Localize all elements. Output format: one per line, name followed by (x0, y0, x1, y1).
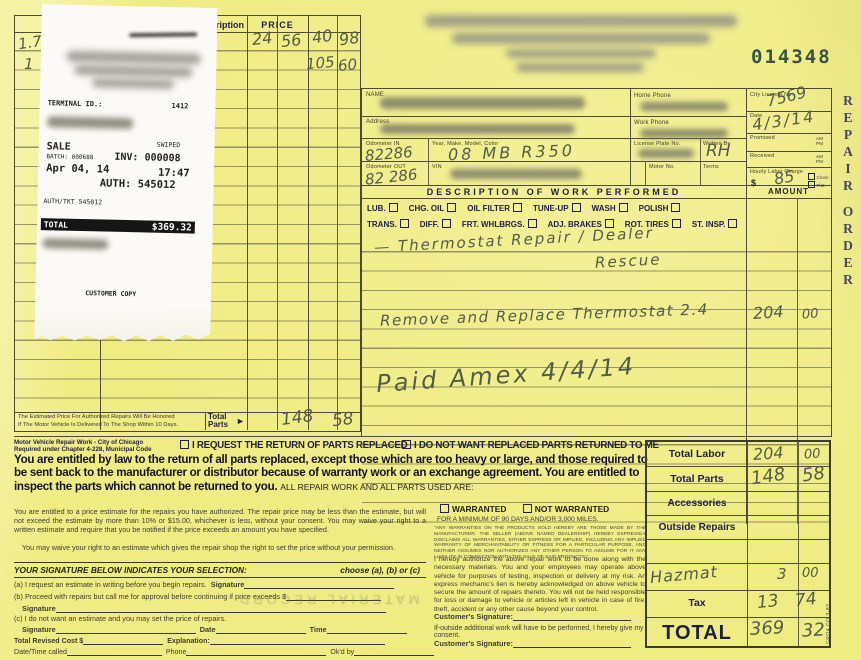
estimate-paragraph-1: You are entitled to a price estimate for… (14, 508, 426, 534)
receipt-sale: SALE (46, 141, 70, 153)
labor-cents: 00 (803, 446, 821, 462)
totals-table: Total Labor Total Parts Accessories Outs… (645, 440, 831, 648)
terminal-id-value: 1412 (171, 102, 188, 110)
receipt-merchant-blur2 (74, 65, 192, 78)
tax-cents: 74 (794, 589, 818, 611)
promised-label: Promised (750, 135, 775, 141)
receipt-total-label: TOTAL (44, 220, 68, 230)
received-label: Received (750, 153, 775, 159)
outside-consent-note: If-outside additional work will have to … (434, 625, 646, 639)
terms-label: Terms (703, 164, 719, 170)
option-c-signature: Signature Date Time (22, 625, 426, 634)
hourly-value: 85 (773, 166, 796, 188)
clock-checkbox: Clock (806, 173, 829, 180)
all-repair-note: ALL REPAIR WORK AND ALL PARTS USED ARE: (280, 482, 473, 492)
license-plate-label: License Plate No. (634, 141, 681, 147)
work-area-bottom-line (14, 436, 832, 437)
hazmat-cents: 00 (802, 566, 819, 581)
receipt-swiped: SWIPED (157, 141, 181, 150)
promised-ampm: AMPM (816, 136, 823, 146)
service-checkboxes-row2: TRANS. DIFF. FRT. WHLBRGS. ADJ. BRAKES R… (367, 219, 737, 229)
customer-signature-2: Customer's Signature: (434, 639, 646, 648)
request-return-checkbox: I REQUEST THE RETURN OF PARTS REPLACED (180, 440, 407, 451)
vin-label: VIN (432, 164, 442, 170)
motor-no-label: Motor No. (649, 164, 675, 170)
terminal-id-label: TERMINAL ID.: (48, 99, 103, 108)
receipt-time: 17:47 (158, 167, 190, 180)
amt-row2-cents: 60 (337, 55, 358, 75)
credit-card-receipt: TERMINAL ID.: 1412 SALE SWIPED BATCH: 00… (34, 4, 218, 346)
work-line2-amount-dollars: 204 (752, 302, 784, 323)
amt-row1-dollars: 40 (311, 26, 334, 48)
option-a: (a) I request an estimate in writing bef… (14, 580, 426, 589)
labor-dollars: 204 (752, 443, 784, 464)
parts-dollars: 148 (750, 464, 787, 490)
work-phone-label: Work Phone (634, 120, 669, 126)
vehicle-header-grid: NAME Home Phone City License No. 7569 Ad… (361, 88, 832, 437)
vin-blur (450, 169, 582, 179)
total-parts-label2: Total Parts (647, 473, 747, 485)
total-parts-cents: 58 (331, 409, 355, 431)
repair-order-tab: REPAIRORDER (837, 92, 859, 288)
price-row1-cents: 56 (280, 30, 302, 51)
receipt-merchant-blur (67, 51, 201, 65)
total-labor-label: Total Labor (647, 448, 747, 460)
customer-signature-1: Customer's Signature: (434, 612, 646, 621)
receipt-inv: INV: 000008 (114, 152, 180, 164)
option-c: (c) I do not want an estimate and you ma… (14, 614, 426, 623)
parts-cents: 58 (801, 463, 827, 487)
estimate-paragraph-2: You may waive your right to an estimate … (14, 544, 426, 553)
tax-dollars: 13 (756, 591, 780, 613)
minimum-note: FOR A MINIMUM OF 90 DAYS AND/OR 3,000 MI… (437, 516, 645, 523)
grand-total-label: TOTAL (647, 622, 747, 645)
receipt-card-blur (47, 116, 133, 129)
receipt-total-value: $369.32 (152, 222, 192, 234)
authorize-paragraph: I hereby authorize the above repair work… (434, 556, 646, 614)
written-by-value: RH (706, 141, 731, 161)
total-parts-label: Total Parts ► (208, 413, 228, 429)
city-license-value: 7569 (764, 82, 808, 110)
receipt-footer-blur (42, 238, 108, 249)
address-value-blur (380, 124, 575, 134)
receipt-batch: BATCH: 000688 (46, 153, 93, 161)
qty-row2: 1 (24, 55, 34, 73)
outside-repairs-label: Outside Repairs (647, 522, 747, 533)
repair-order-number: 014348 (751, 46, 832, 68)
repair-order-sheet: QTY. Description PRICE 1.75 1 24 56 40 9… (0, 0, 861, 660)
accessories-label: Accessories (647, 498, 747, 509)
received-ampm: AMPM (816, 154, 823, 164)
selection-header-bar: YOUR SIGNATURE BELOW INDICATES YOUR SELE… (14, 562, 426, 578)
total-parts-arrow: ► (236, 417, 245, 425)
receipt-merchant-blur3 (92, 78, 174, 89)
service-checkboxes-row1: LUB. CHG. OIL OIL FILTER TUNE-UP WASH PO… (367, 203, 680, 213)
no-return-checkbox: I DO NOT WANT REPLACED PARTS RETURNED TO… (402, 440, 659, 451)
receipt-smudge-line (129, 32, 197, 37)
receipt-auth: AUTH: 545012 (100, 177, 176, 191)
work-line1b: Rescue (595, 250, 662, 271)
amount-bar: AMOUNT (746, 187, 831, 196)
work-phone-blur (640, 129, 728, 138)
hazmat-dollars: 3 (777, 565, 787, 583)
amt-row2-dollars: 105 (305, 53, 335, 73)
receipt-customer-copy: CUSTOMER COPY (85, 289, 136, 298)
tax-label: Tax (647, 597, 747, 609)
home-phone-label: Home Phone (634, 93, 671, 99)
receipt-auth-tkt: AUTH/TKT 545012 (43, 197, 102, 206)
home-phone-blur (640, 102, 728, 111)
total-parts-dollars: 148 (280, 406, 315, 430)
receipt-date: Apr 04, 14 (46, 162, 109, 175)
material-record-watermark: MATERIAL RECORD (236, 592, 420, 607)
amt-row1-cents: 98 (338, 28, 361, 50)
chicago-note: Motor Vehicle Repair Work - City of Chic… (14, 439, 179, 453)
name-value-blur (380, 97, 585, 109)
work-line2-amount-cents: 00 (801, 306, 819, 322)
estimate-note: The Estimated Price For Authorized Repai… (18, 414, 205, 430)
datetime-called-row: Date/Time called Phone Ok'd by (14, 648, 426, 656)
description-bar: DESCRIPTION OF WORK PERFORMED (362, 187, 746, 197)
grand-total-cents: 32 (801, 619, 825, 641)
license-plate-blur (638, 149, 694, 158)
warranted-row: WARRANTED NOT WARRANTED (440, 504, 645, 514)
hazmat-handwritten: Hazmat (649, 562, 718, 587)
price-row1-dollars: 24 (251, 28, 273, 49)
grand-total-dollars: 369 (749, 617, 784, 640)
total-revised-cost-row: Total Revised Cost $ Explanation: (14, 637, 426, 645)
receipt-total-bar: TOTAL $369.32 (41, 218, 195, 233)
parts-return-paragraph: You are entitled by law to the return of… (14, 453, 650, 493)
